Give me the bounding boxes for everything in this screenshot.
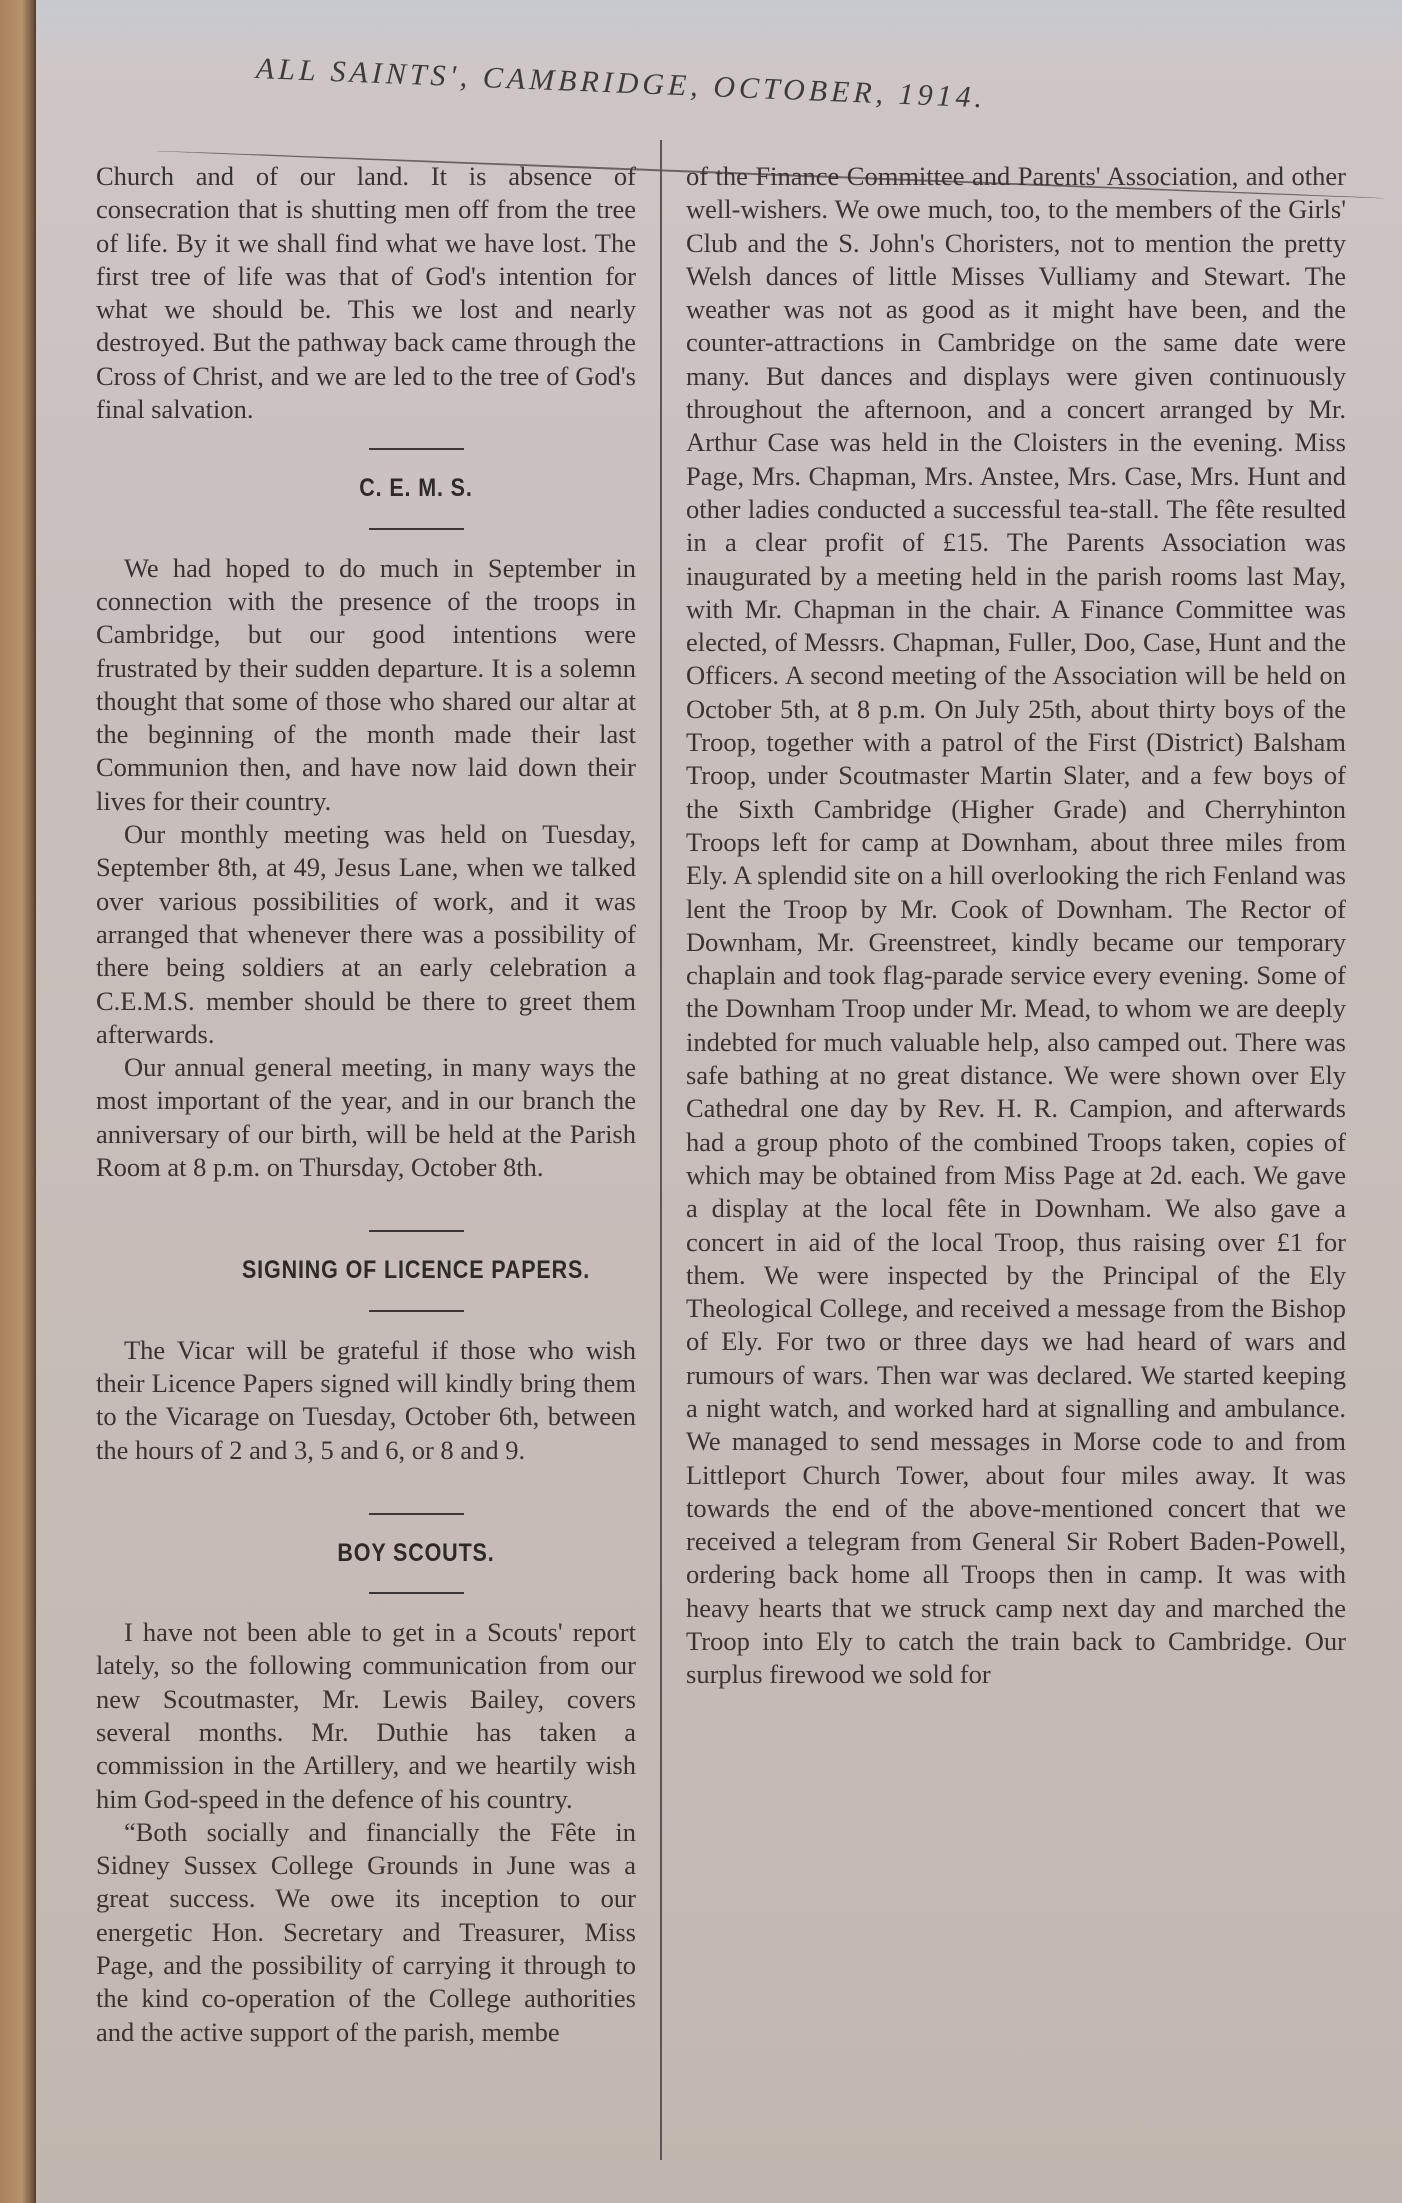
scouts-continuation-paragraph: of the Finance Committee and Parents' As… bbox=[686, 160, 1346, 1692]
cems-paragraph-2: Our monthly meeting was held on Tuesday,… bbox=[96, 818, 636, 1051]
scouts-paragraph-2: “Both socially and financially the Fête … bbox=[96, 1816, 636, 2049]
licence-paragraph: The Vicar will be grateful if those who … bbox=[96, 1334, 636, 1467]
column-divider bbox=[660, 140, 662, 2160]
continuation-paragraph: Church and of our land. It is absence of… bbox=[96, 160, 636, 426]
page-shadow bbox=[36, 0, 1402, 60]
section-rule bbox=[369, 1310, 464, 1312]
right-column: of the Finance Committee and Parents' As… bbox=[686, 160, 1346, 1692]
magazine-page: ALL SAINTS', CAMBRIDGE, OCTOBER, 1914. C… bbox=[36, 0, 1402, 2203]
section-rule bbox=[369, 1230, 464, 1232]
section-rule bbox=[369, 528, 464, 530]
running-head: ALL SAINTS', CAMBRIDGE, OCTOBER, 1914. bbox=[255, 52, 1156, 122]
section-rule bbox=[369, 448, 464, 450]
scouts-paragraph-1: I have not been able to get in a Scouts'… bbox=[96, 1616, 636, 1816]
section-heading-boy-scouts: BOY SCOUTS. bbox=[227, 1537, 605, 1570]
cems-paragraph-1: We had hoped to do much in September in … bbox=[96, 552, 636, 818]
section-heading-licence-papers: SIGNING OF LICENCE PAPERS. bbox=[227, 1254, 605, 1287]
section-heading-cems: C. E. M. S. bbox=[227, 472, 605, 505]
book-spine-edge bbox=[0, 0, 36, 2203]
left-column: Church and of our land. It is absence of… bbox=[196, 160, 636, 2049]
section-rule bbox=[369, 1513, 464, 1515]
section-rule bbox=[369, 1592, 464, 1594]
cems-paragraph-3: Our annual general meeting, in many ways… bbox=[96, 1051, 636, 1184]
